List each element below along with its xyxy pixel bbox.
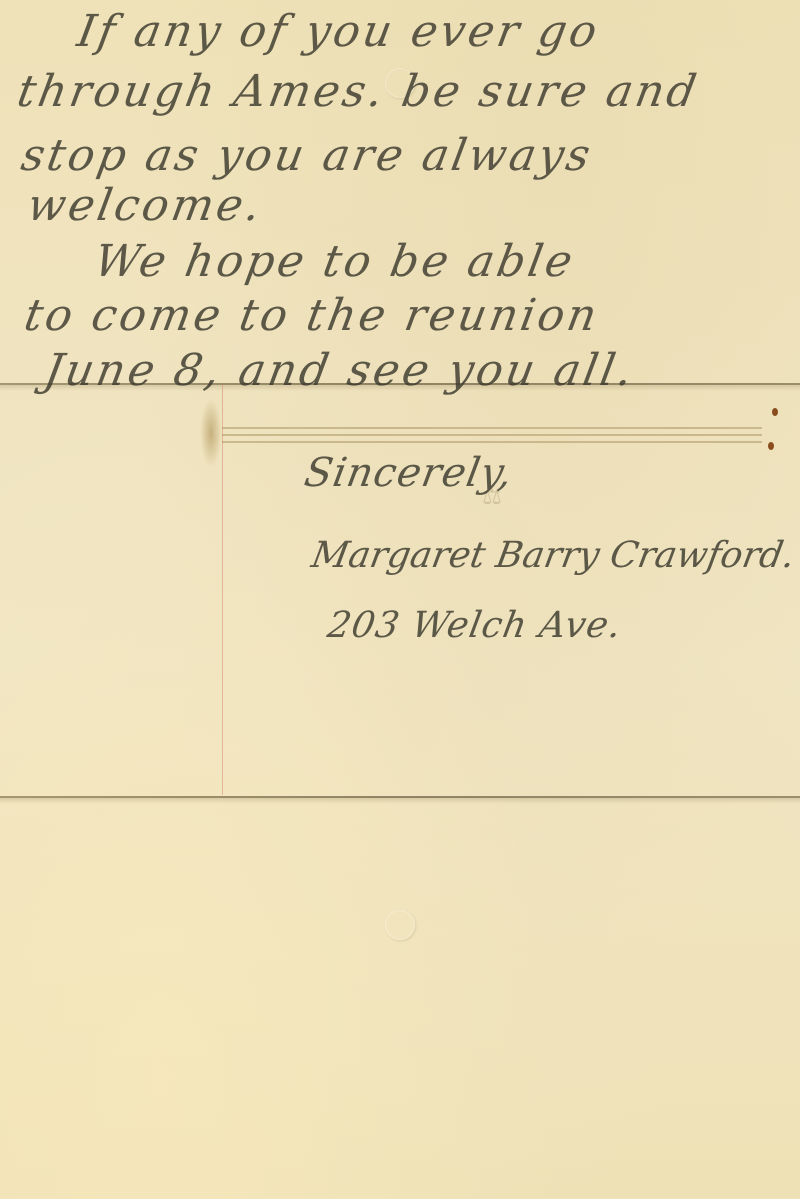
signature: Margaret Barry Crawford. (308, 535, 798, 576)
fold-shadow-lower (0, 798, 800, 804)
rust-spot (768, 442, 774, 450)
letter-line: to come to the reunion (21, 290, 604, 341)
letter-page: ⚖ If any of you ever go through Ames. be… (0, 0, 800, 1199)
embossed-mark (385, 910, 415, 940)
letter-line: through Ames. be sure and (14, 66, 703, 117)
letter-line: We hope to be able (91, 236, 580, 287)
letter-closing: Sincerely, (301, 450, 517, 496)
letter-line: If any of you ever go (74, 6, 604, 57)
return-address: 203 Welch Ave. (324, 605, 625, 646)
rust-spot (772, 408, 778, 416)
letter-line: June 8, and see you all. (41, 345, 640, 396)
paper-stain (200, 398, 222, 468)
letter-line: stop as you are always (18, 130, 597, 181)
letter-line: welcome. (24, 180, 268, 231)
